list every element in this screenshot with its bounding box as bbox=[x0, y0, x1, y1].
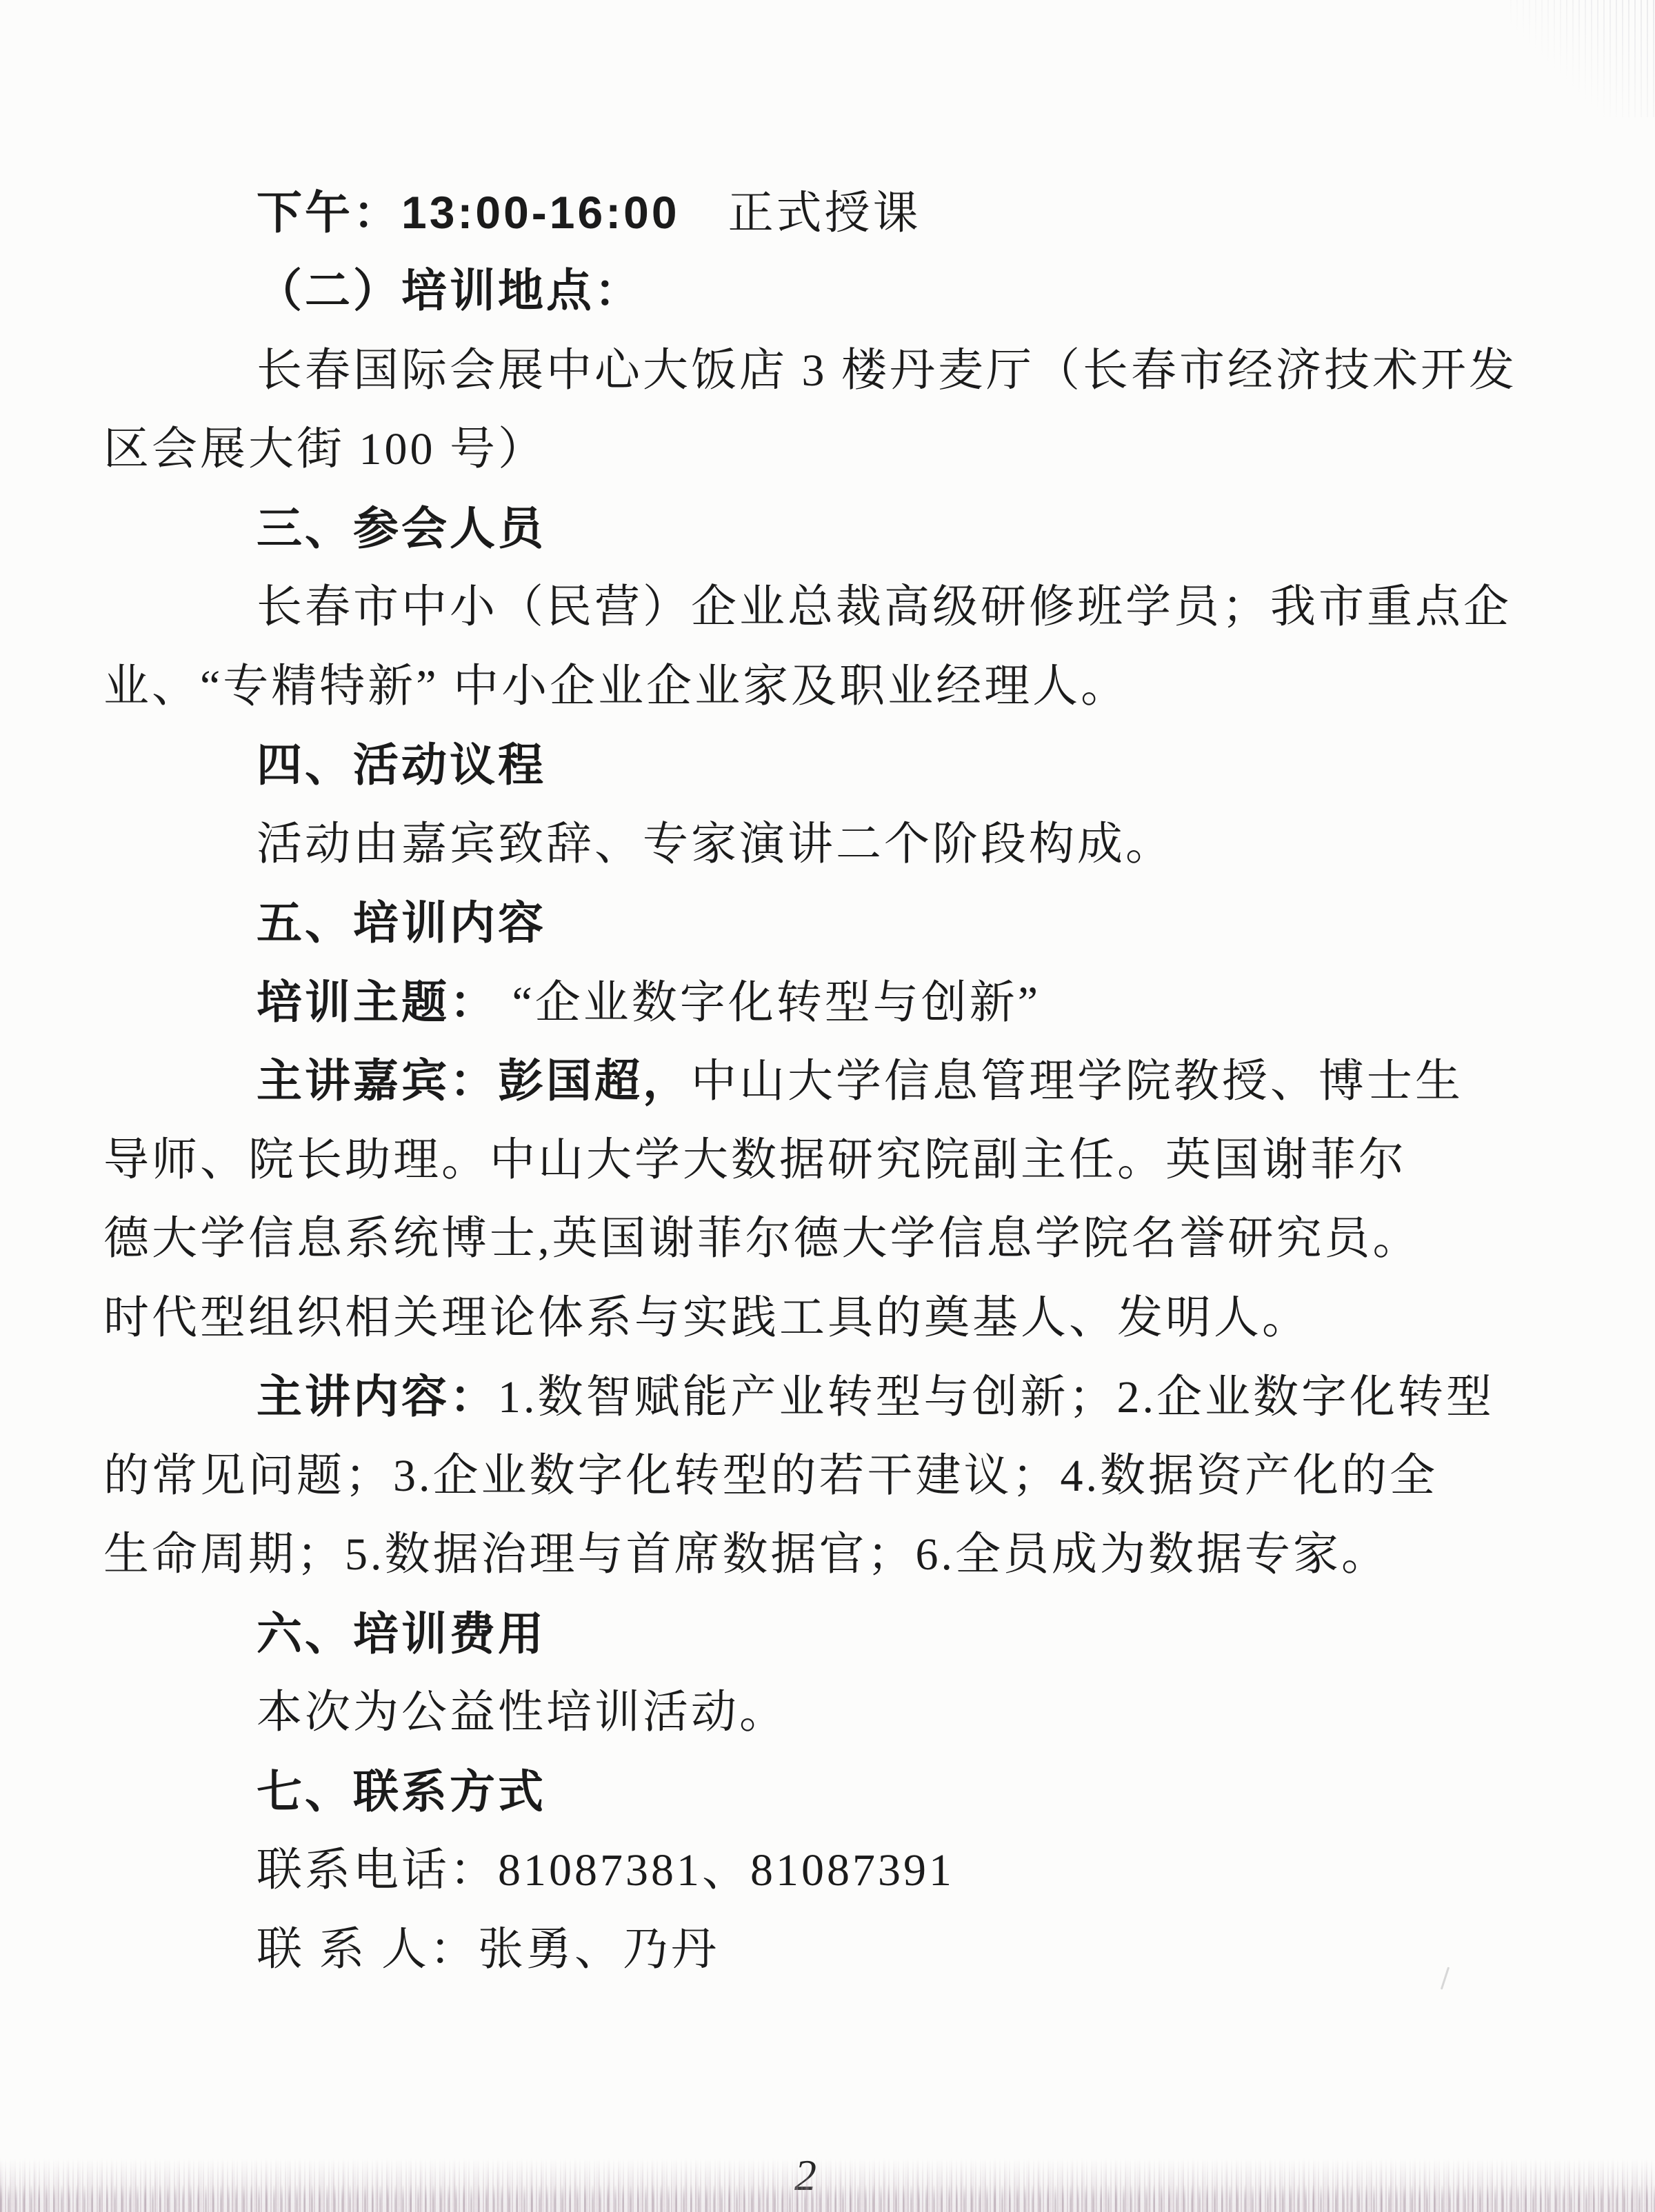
line-heading-participants: 三、参会人员 bbox=[103, 503, 1608, 554]
speaker-bio-2: 导师、院长助理。中山大学大数据研究院副主任。英国谢菲尔 bbox=[103, 1135, 1407, 1185]
lecture-content-text-3: 生命周期；5.数据治理与首席数据官；6.全员成为数据专家。 bbox=[103, 1529, 1390, 1580]
lecture-content-text-1: 1.数智赋能产业转型与创新；2.企业数字化转型 bbox=[498, 1372, 1494, 1422]
line-lecture-content-2: 的常见问题；3.企业数字化转型的若干建议；4.数据资产化的全 bbox=[103, 1451, 1455, 1502]
heading-training-content-text: 五、培训内容 bbox=[257, 897, 546, 948]
scanned-document-page: 下午：13:00-16:00 正式授课 （二）培训地点： 长春国际会展中心大饭店… bbox=[0, 0, 1655, 2212]
line-location-1: 长春国际会展中心大饭店 3 楼丹麦厅（长春市经济技术开发 bbox=[103, 345, 1608, 396]
line-participants-2: 业、“专精特新” 中小企业企业家及职业经理人。 bbox=[103, 661, 1455, 712]
line-heading-location: （二）培训地点： bbox=[103, 266, 1608, 317]
agenda-text: 活动由嘉宾致辞、专家演讲二个阶段构成。 bbox=[257, 819, 1174, 869]
line-training-topic: 培训主题： “企业数字化转型与创新” bbox=[103, 977, 1608, 1029]
line-heading-agenda: 四、活动议程 bbox=[103, 740, 1608, 791]
line-speaker-1: 主讲嘉宾：彭国超，中山大学信息管理学院教授、博士生 bbox=[103, 1056, 1608, 1107]
line-fee: 本次为公益性培训活动。 bbox=[103, 1687, 1608, 1738]
participants-text-2: 业、“专精特新” 中小企业企业家及职业经理人。 bbox=[103, 661, 1129, 712]
speaker-bio-4: 时代型组织相关理论体系与实践工具的奠基人、发明人。 bbox=[103, 1293, 1310, 1343]
location-text-1: 长春国际会展中心大饭店 3 楼丹麦厅（长春市经济技术开发 bbox=[257, 345, 1517, 396]
lecture-content-text-2: 的常见问题；3.企业数字化转型的若干建议；4.数据资产化的全 bbox=[103, 1451, 1438, 1501]
line-heading-fee: 六、培训费用 bbox=[103, 1609, 1608, 1660]
heading-contact-text: 七、联系方式 bbox=[257, 1766, 546, 1817]
schedule-time-label: 下午：13:00-16:00 bbox=[257, 187, 680, 238]
scan-noise-bottom-edge bbox=[0, 2184, 1655, 2212]
speaker-label-and-name: 主讲嘉宾：彭国超， bbox=[257, 1055, 691, 1106]
line-speaker-3: 德大学信息系统博士,英国谢菲尔德大学信息学院名誉研究员。 bbox=[103, 1214, 1455, 1265]
line-heading-contact: 七、联系方式 bbox=[103, 1767, 1608, 1818]
line-lecture-content-3: 生命周期；5.数据治理与首席数据官；6.全员成为数据专家。 bbox=[103, 1529, 1455, 1580]
speaker-bio-1: 中山大学信息管理学院教授、博士生 bbox=[691, 1056, 1463, 1107]
heading-fee-text: 六、培训费用 bbox=[257, 1608, 546, 1659]
line-participants-1: 长春市中小（民营）企业总裁高级研修班学员；我市重点企 bbox=[103, 582, 1608, 633]
participants-text-1: 长春市中小（民营）企业总裁高级研修班学员；我市重点企 bbox=[257, 582, 1512, 632]
line-lecture-content-1: 主讲内容：1.数智赋能产业转型与创新；2.企业数字化转型 bbox=[103, 1371, 1608, 1423]
scan-noise-top-right bbox=[1510, 0, 1655, 117]
line-agenda: 活动由嘉宾致辞、专家演讲二个阶段构成。 bbox=[103, 819, 1608, 870]
heading-agenda-text: 四、活动议程 bbox=[257, 739, 546, 790]
line-contact-person: 联 系 人：张勇、乃丹 bbox=[103, 1924, 1608, 1975]
training-topic-value: “企业数字化转型与创新” bbox=[498, 978, 1041, 1028]
line-heading-training-content: 五、培训内容 bbox=[103, 898, 1608, 949]
location-text-2: 区会展大街 100 号） bbox=[103, 424, 546, 474]
speaker-bio-3: 德大学信息系统博士,英国谢菲尔德大学信息学院名誉研究员。 bbox=[103, 1214, 1421, 1264]
lecture-content-label: 主讲内容： bbox=[257, 1371, 498, 1422]
line-location-2: 区会展大街 100 号） bbox=[103, 424, 1455, 475]
fee-text: 本次为公益性培训活动。 bbox=[257, 1687, 788, 1738]
line-contact-phone: 联系电话：81087381、81087391 bbox=[103, 1845, 1608, 1896]
contact-person-text: 联 系 人：张勇、乃丹 bbox=[257, 1924, 719, 1975]
schedule-activity: 正式授课 bbox=[680, 188, 921, 239]
training-topic-label: 培训主题： bbox=[257, 976, 498, 1027]
line-speaker-4: 时代型组织相关理论体系与实践工具的奠基人、发明人。 bbox=[103, 1293, 1455, 1344]
line-schedule-afternoon: 下午：13:00-16:00 正式授课 bbox=[103, 188, 1608, 239]
line-speaker-2: 导师、院长助理。中山大学大数据研究院副主任。英国谢菲尔 bbox=[103, 1135, 1455, 1186]
heading-participants-text: 三、参会人员 bbox=[257, 503, 546, 554]
heading-location-text: （二）培训地点： bbox=[257, 266, 643, 316]
contact-phone-text: 联系电话：81087381、81087391 bbox=[257, 1845, 954, 1896]
